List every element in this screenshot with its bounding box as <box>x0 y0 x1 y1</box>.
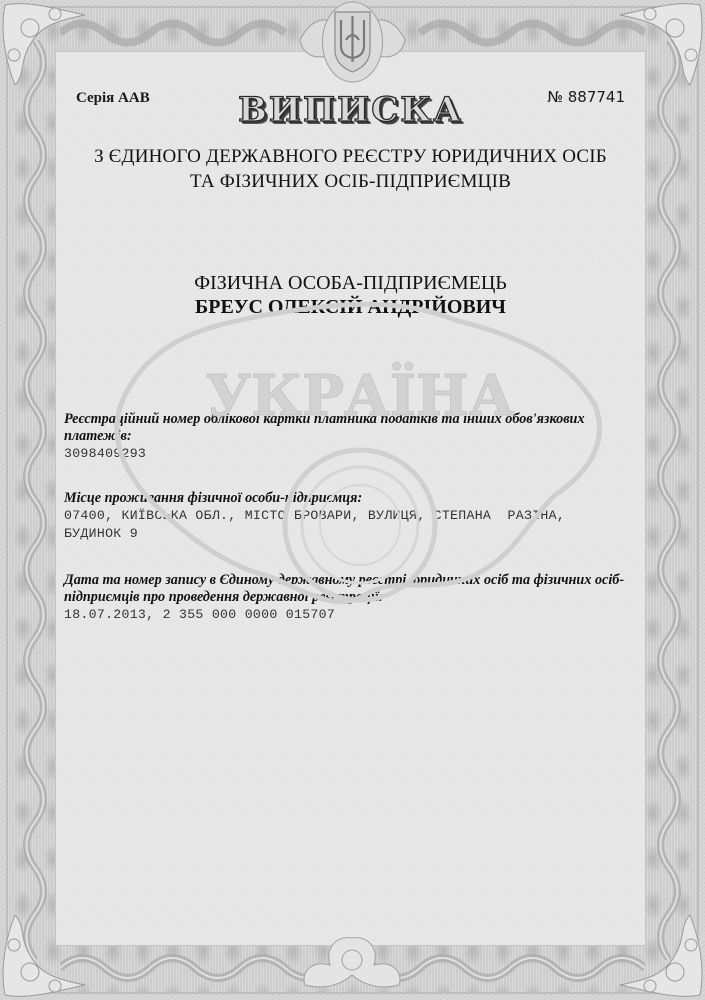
document-panel: Серія ААВ № 887741 ВИПИСКА З ЄДИНОГО ДЕР… <box>56 52 645 945</box>
tax-id-field: Реєстраційний номер облікової картки пла… <box>64 411 639 463</box>
subtitle-line-2: ТА ФІЗИЧНИХ ОСІБ-ПІДПРИЄМЦІВ <box>56 169 645 194</box>
tax-id-label: Реєстраційний номер облікової картки пла… <box>64 411 639 445</box>
residence-field: Місце проживання фізичної особи-підприєм… <box>64 490 639 543</box>
registry-extract-sheet: Серія ААВ № 887741 ВИПИСКА З ЄДИНОГО ДЕР… <box>0 0 705 1000</box>
registration-record-field: Дата та номер запису в Єдиному державном… <box>64 572 639 624</box>
subtitle-line-1: З ЄДИНОГО ДЕРЖАВНОГО РЕЄСТРУ ЮРИДИЧНИХ О… <box>56 144 645 169</box>
registration-record-value: 18.07.2013, 2 355 000 0000 015707 <box>64 606 639 624</box>
right-wave-pattern <box>652 40 686 960</box>
left-wave-pattern <box>18 40 52 960</box>
person-name: БРЕУС ОЛЕКСІЙ АНДРІЙОВИЧ <box>56 296 645 319</box>
person-type: ФІЗИЧНА ОСОБА-ПІДПРИЄМЕЦЬ <box>56 272 645 295</box>
document-subtitle: З ЄДИНОГО ДЕРЖАВНОГО РЕЄСТРУ ЮРИДИЧНИХ О… <box>56 144 645 194</box>
residence-label: Місце проживання фізичної особи-підприєм… <box>64 490 639 507</box>
residence-value: 07400, КИЇВСЬКА ОБЛ., МІСТО БРОВАРИ, ВУЛ… <box>64 507 639 543</box>
document-title: ВИПИСКА <box>56 90 645 130</box>
registration-record-label: Дата та номер запису в Єдиному державном… <box>64 572 639 606</box>
tax-id-value: 3098409293 <box>64 445 639 463</box>
trident-coat-of-arms-icon <box>295 0 410 92</box>
bottom-flower-ornament <box>285 930 420 1000</box>
